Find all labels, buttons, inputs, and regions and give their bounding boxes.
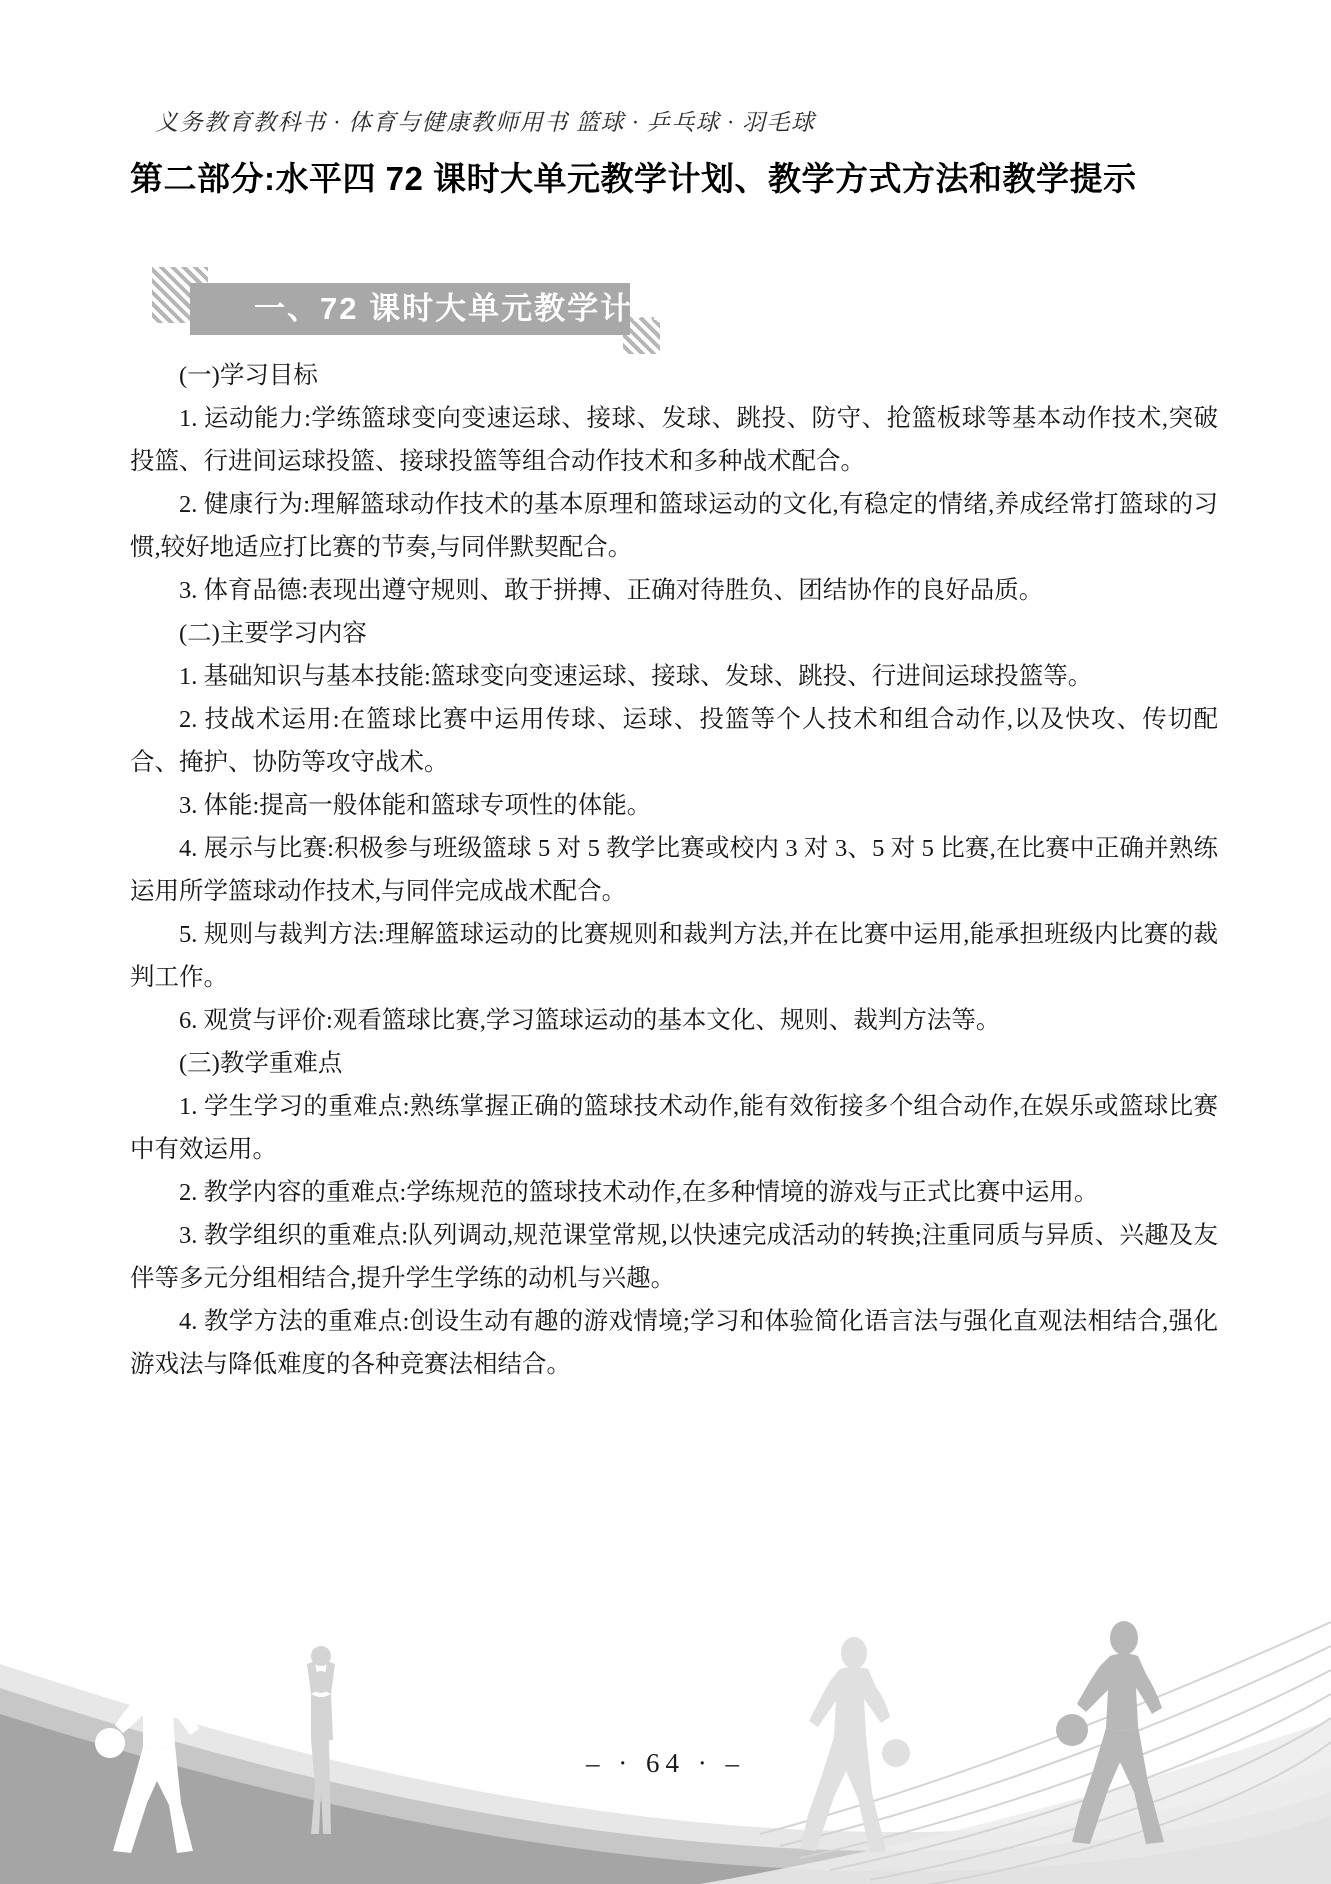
body-paragraph: 1. 运动能力:学练篮球变向变速运球、接球、发球、跳投、防守、抢篮板球等基本动作… [130,397,1218,483]
footer-artwork [0,1364,1331,1884]
body-paragraph: 2. 技战术运用:在篮球比赛中运用传球、运球、投篮等个人技术和组合动作,以及快攻… [130,698,1218,784]
body-paragraph: 1. 学生学习的重难点:熟练掌握正确的篮球技术动作,能有效衔接多个组合动作,在娱… [130,1085,1218,1171]
body-paragraph: 3. 体能:提高一般体能和篮球专项性的体能。 [130,784,1218,827]
page-number: – · 64 · – [0,1748,1331,1779]
basketball-runner-silhouette [800,1637,910,1853]
body-paragraph: 2. 教学内容的重难点:学练规范的篮球技术动作,在多种情境的游戏与正式比赛中运用… [130,1171,1218,1214]
body-paragraph: 3. 教学组织的重难点:队列调动,规范课堂常规,以快速完成活动的转换;注重同质与… [130,1214,1218,1300]
body-paragraph: 6. 观赏与评价:观看篮球比赛,学习篮球运动的基本文化、规则、裁判方法等。 [130,999,1218,1042]
body-paragraph: 3. 体育品德:表现出遵守规则、敢于拼搏、正确对待胜负、团结协作的良好品质。 [130,569,1218,612]
section-banner: 一、72 课时大单元教学计划 [190,283,630,335]
body-paragraph: 4. 展示与比赛:积极参与班级篮球 5 对 5 教学比赛或校内 3 对 3、5 … [130,827,1218,913]
section-subheading: (一)学习目标 [130,354,1218,397]
section-subheading: (三)教学重难点 [130,1042,1218,1085]
body-paragraph: 5. 规则与裁判方法:理解篮球运动的比赛规则和裁判方法,并在比赛中运用,能承担班… [130,913,1218,999]
section-subheading: (二)主要学习内容 [130,612,1218,655]
body-text: (一)学习目标1. 运动能力:学练篮球变向变速运球、接球、发球、跳投、防守、抢篮… [130,354,1218,1386]
textbook-page: 义务教育教科书 · 体育与健康教师用书 篮球 · 乒乓球 · 羽毛球 第二部分:… [0,0,1331,1884]
body-paragraph: 1. 基础知识与基本技能:篮球变向变速运球、接球、发球、跳投、行进间运球投篮等。 [130,655,1218,698]
book-series-header: 义务教育教科书 · 体育与健康教师用书 篮球 · 乒乓球 · 羽毛球 [155,104,816,137]
body-paragraph: 2. 健康行为:理解篮球动作技术的基本原理和篮球运动的文化,有稳定的情绪,养成经… [130,483,1218,569]
part-title: 第二部分:水平四 72 课时大单元教学计划、教学方式方法和教学提示 [130,156,1220,202]
